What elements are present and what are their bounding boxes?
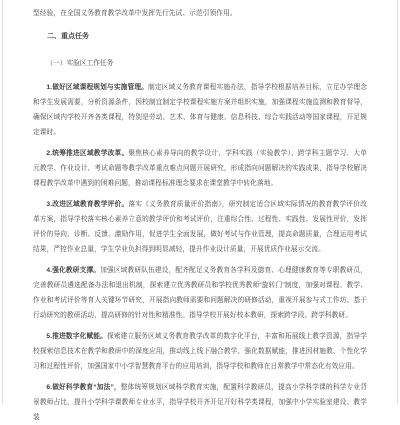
section-heading: 二、重点任务 bbox=[33, 29, 367, 44]
paragraph-3-body: 落实《义务教育质量评价指南》，研究制定适合区域实际情况的教育教学评价改革方案，指… bbox=[33, 201, 367, 253]
document-content: 型经验，在全国义务教育教学改革中发挥先行先试、示范引领作用。 二、重点任务 （一… bbox=[3, 0, 397, 404]
paragraph-6-lead: 6.做好科学教育“加法”， bbox=[46, 384, 120, 391]
subsection-heading: （一）实验区工作任务 bbox=[33, 56, 367, 71]
intro-tail-text: 型经验，在全国义务教育教学改革中发挥先行先试、示范引领作用。 bbox=[33, 10, 237, 17]
paragraph-4: 4.强化教研支撑。加强区域教研队伍建设，配齐配足义务教育各学科及德育、心理健康教… bbox=[33, 263, 367, 323]
paragraph-3-lead: 3.改进区域教育教学评价。 bbox=[46, 201, 128, 208]
paragraph-5: 5.推进数字化赋能。探索建立服务区域义务教育教学改革的数字化平台，丰富和拓展线上… bbox=[33, 329, 367, 374]
paragraph-4-body: 加强区域教研队伍建设，配齐配足义务教育各学科及德育、心理健康教育等专职教研员，完… bbox=[33, 267, 367, 319]
paragraph-5-lead: 5.推进数字化赋能。 bbox=[46, 333, 107, 340]
intro-tail-line: 型经验，在全国义务教育教学改革中发挥先行先试、示范引领作用。 bbox=[33, 6, 367, 21]
paragraph-6: 6.做好科学教育“加法”，整体统筹规划区域科学教育实施，配置科学教研员，提高小学… bbox=[33, 380, 367, 404]
paragraph-1: 1.做好区域课程规划与实施管理。制定区域义务教育课程实施办法，指导学校根据培养目… bbox=[33, 80, 367, 140]
document-page: 型经验，在全国义务教育教学改革中发挥先行先试、示范引领作用。 二、重点任务 （一… bbox=[2, 0, 398, 404]
paragraph-1-body: 制定区域义务教育课程实施办法，指导学校根据培养目标，立足办学理念和学生发展需要，… bbox=[33, 84, 367, 136]
section-heading-text: 二、重点任务 bbox=[47, 33, 89, 40]
paragraph-3: 3.改进区域教育教学评价。落实《义务教育质量评价指南》，研究制定适合区域实际情况… bbox=[33, 197, 367, 257]
paragraph-2-lead: 2.统筹推进区域教学改革。 bbox=[46, 150, 128, 157]
paragraph-1-lead: 1.做好区域课程规划与实施管理。 bbox=[46, 84, 148, 91]
subsection-heading-text: （一）实验区工作任务 bbox=[46, 60, 113, 67]
paragraph-2: 2.统筹推进区域教学改革。聚焦核心素养导向的教学设计、学科实践（实验教学）、跨学… bbox=[33, 146, 367, 191]
paragraph-4-lead: 4.强化教研支撑。 bbox=[46, 267, 100, 274]
